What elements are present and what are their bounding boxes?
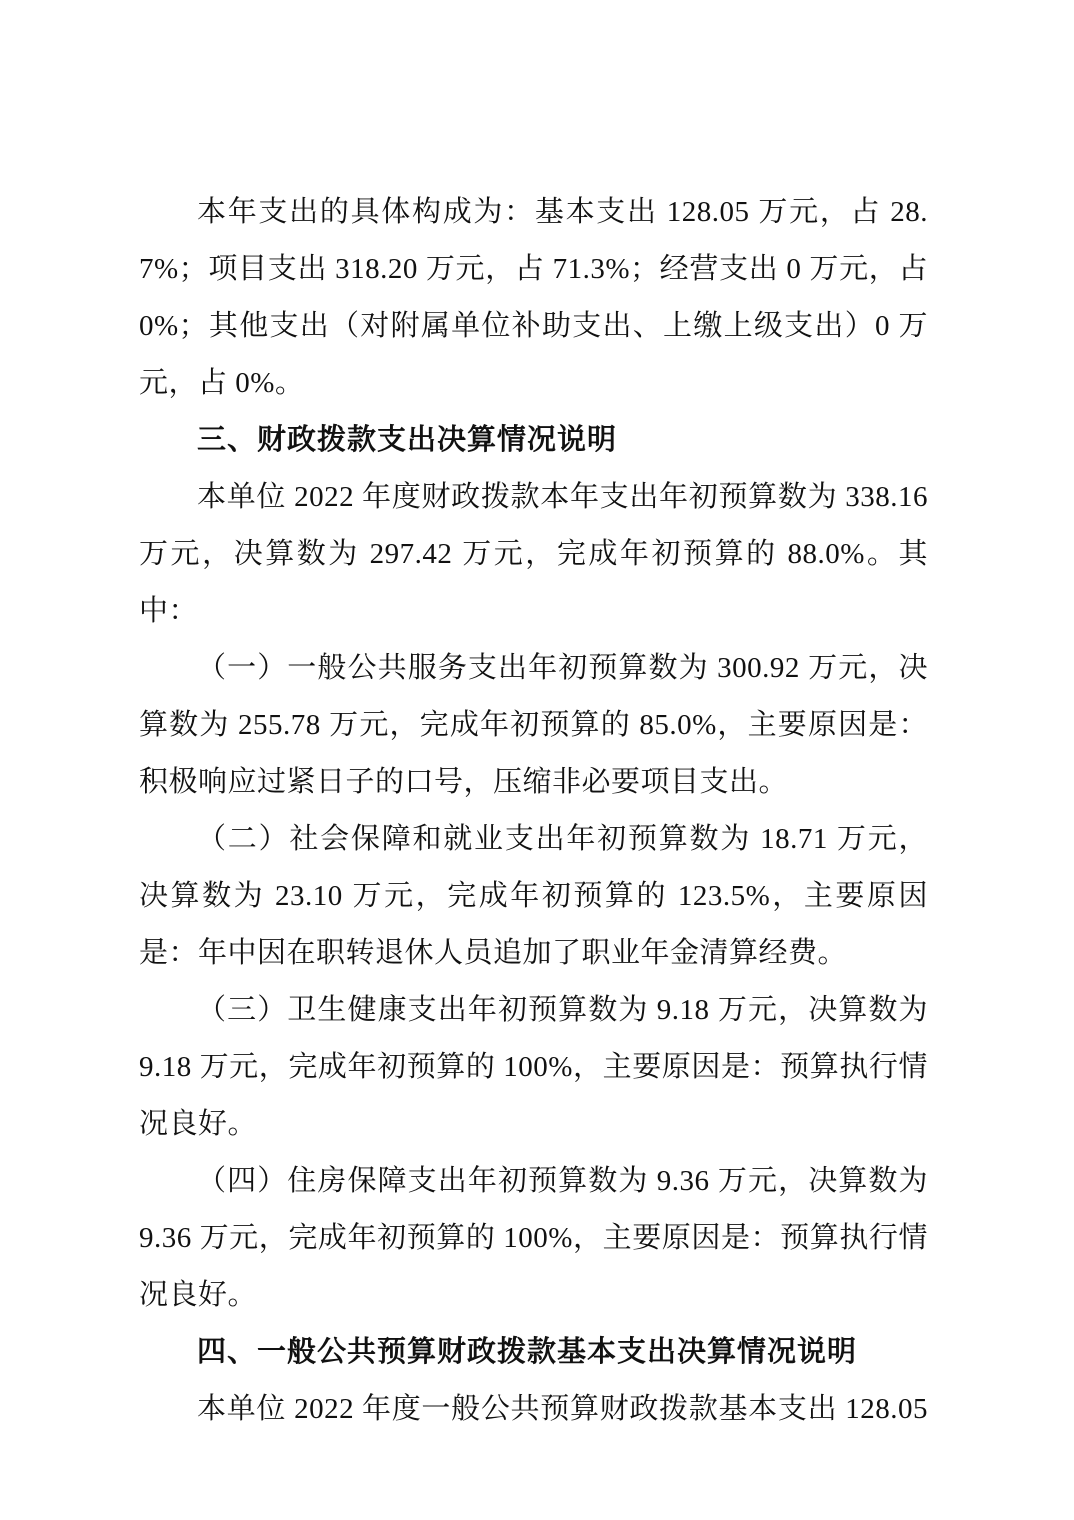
paragraph: 本单位 2022 年度财政拨款本年支出年初预算数为 338.16 万元，决算数为…	[139, 469, 928, 640]
document-page: 本年支出的具体构成为：基本支出 128.05 万元，占 28.7%；项目支出 3…	[0, 0, 1074, 1520]
section-heading: 三、财政拨款支出决算情况说明	[139, 412, 928, 469]
paragraph: （四）住房保障支出年初预算数为 9.36 万元，决算数为 9.36 万元，完成年…	[139, 1153, 928, 1324]
paragraph: 本年支出的具体构成为：基本支出 128.05 万元，占 28.7%；项目支出 3…	[139, 184, 928, 412]
paragraph: （三）卫生健康支出年初预算数为 9.18 万元，决算数为 9.18 万元，完成年…	[139, 982, 928, 1153]
paragraph: 本单位 2022 年度一般公共预算财政拨款基本支出 128.05	[139, 1381, 928, 1438]
paragraph: （二）社会保障和就业支出年初预算数为 18.71 万元，决算数为 23.10 万…	[139, 811, 928, 982]
document-body: 本年支出的具体构成为：基本支出 128.05 万元，占 28.7%；项目支出 3…	[139, 184, 928, 1438]
section-heading: 四、一般公共预算财政拨款基本支出决算情况说明	[139, 1324, 928, 1381]
paragraph: （一）一般公共服务支出年初预算数为 300.92 万元，决算数为 255.78 …	[139, 640, 928, 811]
